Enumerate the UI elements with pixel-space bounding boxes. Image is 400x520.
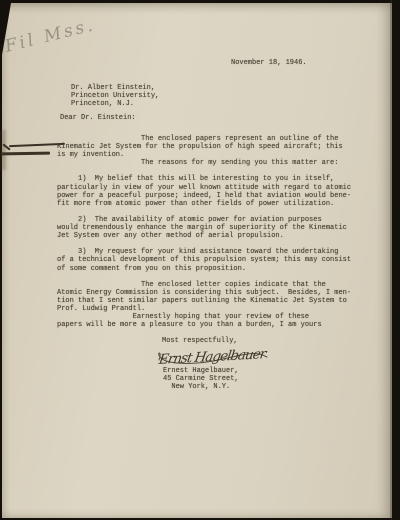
sender-address: Ernest Hagelbauer, 45 Carmine Street, Ne… <box>163 367 239 391</box>
recipient-address: Dr. Albert Einstein, Princeton Universit… <box>71 84 159 108</box>
scan-edge-shadow <box>390 0 392 520</box>
scanned-letter-page: { "colors": { "paper": "#d9d2c0", "ink":… <box>0 0 400 520</box>
letter-date: November 18, 1946. <box>231 59 307 67</box>
left-edge-smudge <box>0 130 6 170</box>
salutation: Dear Dr. Einstein: <box>60 114 136 122</box>
letter-body: The enclosed papers represent an outline… <box>57 135 351 345</box>
